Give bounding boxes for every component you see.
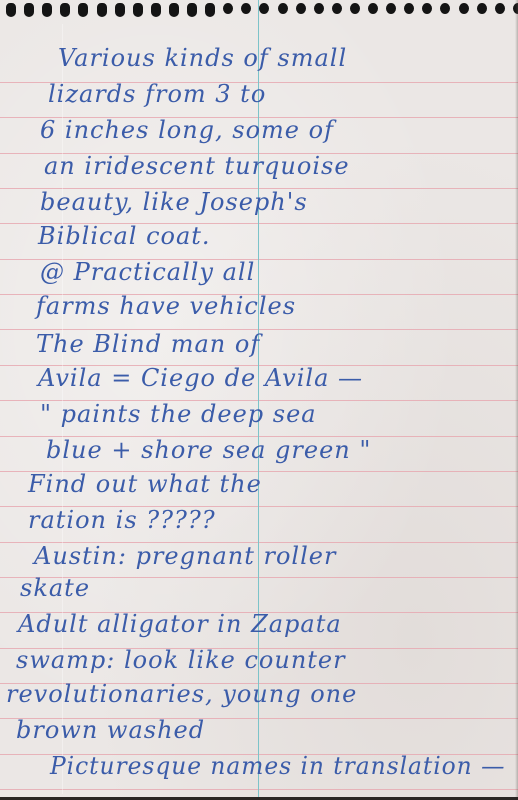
binding-hole (386, 3, 396, 14)
handwritten-line: brown washed (16, 716, 205, 744)
binding-hole (151, 3, 161, 17)
binding-hole (404, 3, 414, 14)
handwritten-line: Avila = Ciego de Avila — (38, 364, 363, 392)
handwritten-line: Adult alligator in Zapata (18, 610, 342, 638)
handwritten-line: 6 inches long, some of (40, 116, 334, 144)
spiral-binding-holes (0, 3, 518, 17)
binding-hole (259, 3, 269, 14)
handwritten-line: farms have vehicles (36, 292, 296, 320)
binding-hole (241, 3, 251, 14)
ruled-line (0, 789, 518, 790)
binding-hole (187, 3, 197, 17)
handwritten-line: ration is ????? (28, 506, 216, 534)
handwritten-line: lizards from 3 to (48, 80, 266, 108)
handwritten-line: Picturesque names in translation — (50, 752, 505, 780)
binding-hole (78, 3, 88, 17)
handwritten-line: Austin: pregnant roller (34, 542, 336, 570)
handwritten-line: @ Practically all (40, 258, 255, 286)
binding-hole (296, 3, 306, 14)
binding-hole (278, 3, 288, 14)
binding-hole (115, 3, 125, 17)
binding-hole (169, 3, 179, 17)
binding-hole (477, 3, 487, 14)
handwritten-line: The Blind man of (36, 330, 260, 358)
binding-hole (314, 3, 324, 14)
binding-hole (24, 3, 34, 17)
binding-hole (223, 3, 233, 14)
binding-hole (459, 3, 469, 14)
handwritten-line: Find out what the (28, 470, 262, 498)
binding-hole (495, 3, 505, 14)
binding-hole (97, 3, 107, 17)
handwritten-line: skate (20, 574, 90, 602)
binding-hole (205, 3, 215, 17)
binding-hole (6, 3, 16, 17)
binding-hole (368, 3, 378, 14)
handwritten-line: Biblical coat. (38, 222, 211, 250)
handwritten-line: " paints the deep sea (40, 400, 317, 428)
binding-hole (42, 3, 52, 17)
handwritten-line: beauty, like Joseph's (40, 188, 308, 216)
handwritten-line: blue + shore sea green " (46, 436, 371, 464)
handwritten-line: Various kinds of small (58, 44, 347, 72)
binding-hole (440, 3, 450, 14)
binding-hole (332, 3, 342, 14)
handwritten-line: swamp: look like counter (16, 646, 346, 674)
binding-hole (350, 3, 360, 14)
binding-hole (133, 3, 143, 17)
handwritten-line: revolutionaries, young one (6, 680, 357, 708)
binding-hole (60, 3, 70, 17)
binding-hole (422, 3, 432, 14)
handwritten-line: an iridescent turquoise (44, 152, 350, 180)
notebook-page: Various kinds of small lizards from 3 to… (0, 0, 518, 800)
